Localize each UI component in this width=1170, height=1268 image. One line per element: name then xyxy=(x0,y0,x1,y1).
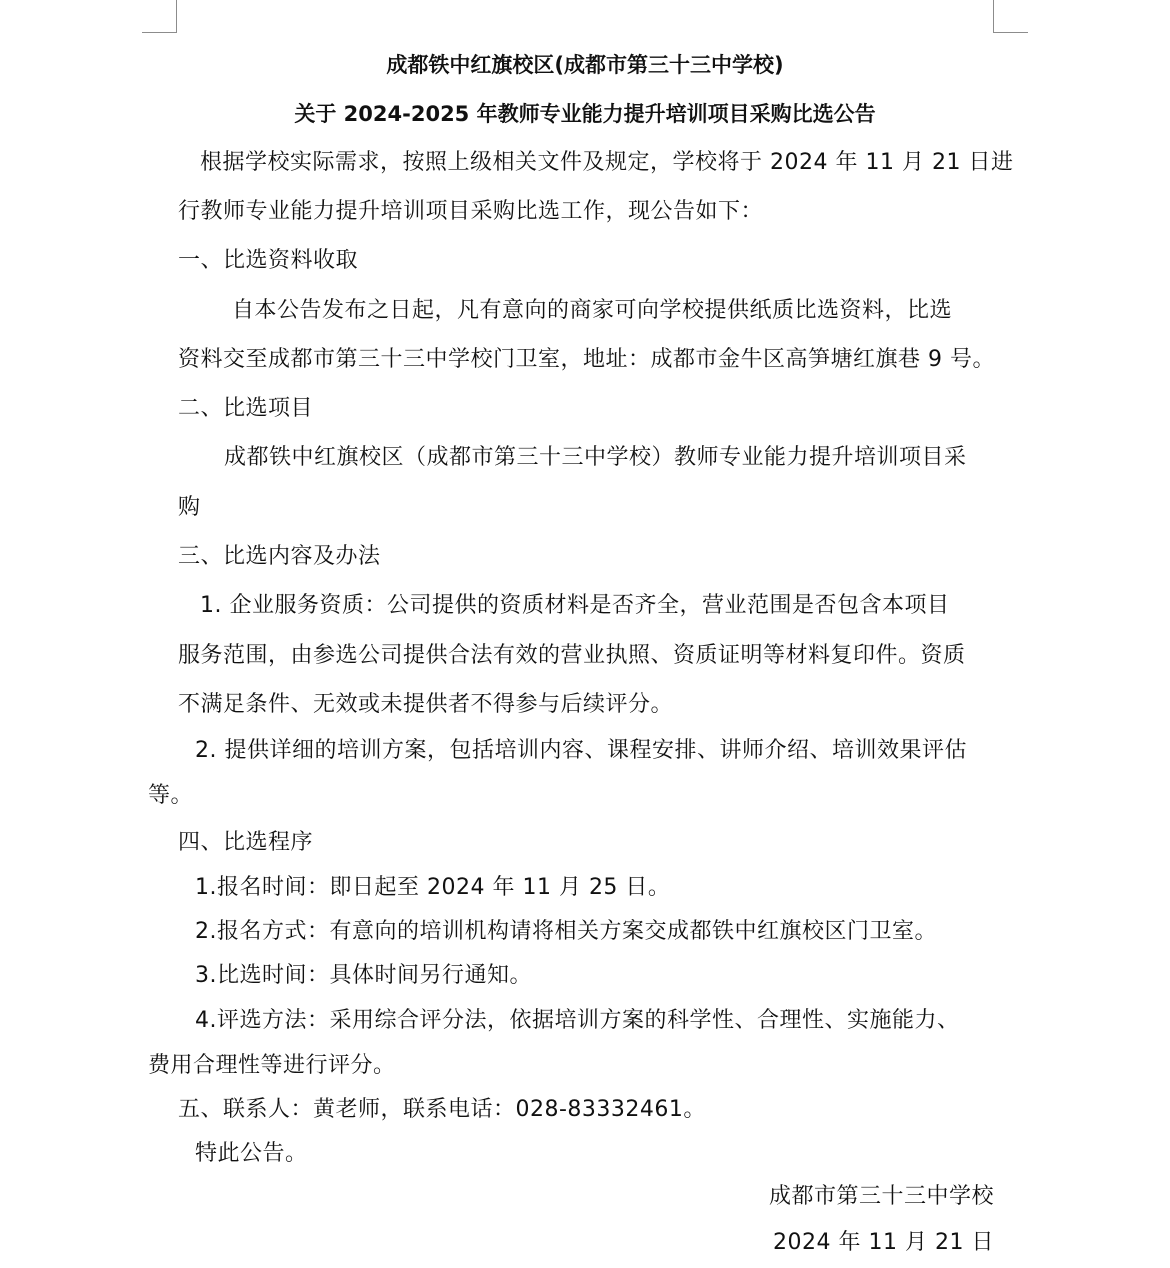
document-subtitle: 关于 2024-2025 年教师专业能力提升培训项目采购比选公告 xyxy=(0,99,1170,129)
document-title: 成都铁中红旗校区(成都市第三十三中学校) xyxy=(0,50,1170,80)
section-paragraph-line: 资料交至成都市第三十三中学校门卫室，地址：成都市金牛区高笋塘红旗巷 9 号。 xyxy=(178,345,995,375)
list-item-line: 4.评选方法：采用综合评分法，依据培训方案的科学性、合理性、实施能力、 xyxy=(195,1006,960,1036)
section-heading: 四、比选程序 xyxy=(178,828,313,858)
intro-paragraph-line: 行教师专业能力提升培训项目采购比选工作，现公告如下： xyxy=(178,197,763,227)
section-paragraph-line: 成都铁中红旗校区（成都市第三十三中学校）教师专业能力提升培训项目采 xyxy=(224,443,967,473)
list-item-line: 等。 xyxy=(148,781,193,811)
section-heading: 三、比选内容及办法 xyxy=(178,542,381,572)
list-item: 2.报名方式：有意向的培训机构请将相关方案交成都铁中红旗校区门卫室。 xyxy=(195,917,937,947)
signature-organization: 成都市第三十三中学校 xyxy=(769,1182,994,1212)
list-item-line: 服务范围，由参选公司提供合法有效的营业执照、资质证明等材料复印件。资质 xyxy=(178,641,966,671)
list-item-line: 费用合理性等进行评分。 xyxy=(148,1051,396,1081)
section-heading: 二、比选项目 xyxy=(178,394,313,424)
list-item: 3.比选时间：具体时间另行通知。 xyxy=(195,961,532,991)
contact-line: 五、联系人：黄老师，联系电话：028-83332461。 xyxy=(178,1095,706,1125)
intro-paragraph-line: 根据学校实际需求，按照上级相关文件及规定，学校将于 2024 年 11 月 21… xyxy=(200,148,1013,178)
list-item-line: 不满足条件、无效或未提供者不得参与后续评分。 xyxy=(178,690,673,720)
list-item: 1.报名时间：即日起至 2024 年 11 月 25 日。 xyxy=(195,873,670,903)
list-item-line: 1. 企业服务资质：公司提供的资质材料是否齐全，营业范围是否包含本项目 xyxy=(200,591,950,621)
section-paragraph-line: 购 xyxy=(178,493,201,523)
list-item-line: 2. 提供详细的培训方案，包括培训内容、课程安排、讲师介绍、培训效果评估 xyxy=(195,736,967,766)
section-heading: 一、比选资料收取 xyxy=(178,246,358,276)
closing-line: 特此公告。 xyxy=(195,1139,308,1169)
signature-date: 2024 年 11 月 21 日 xyxy=(773,1228,994,1258)
section-paragraph-line: 自本公告发布之日起，凡有意向的商家可向学校提供纸质比选资料，比选 xyxy=(232,296,952,326)
